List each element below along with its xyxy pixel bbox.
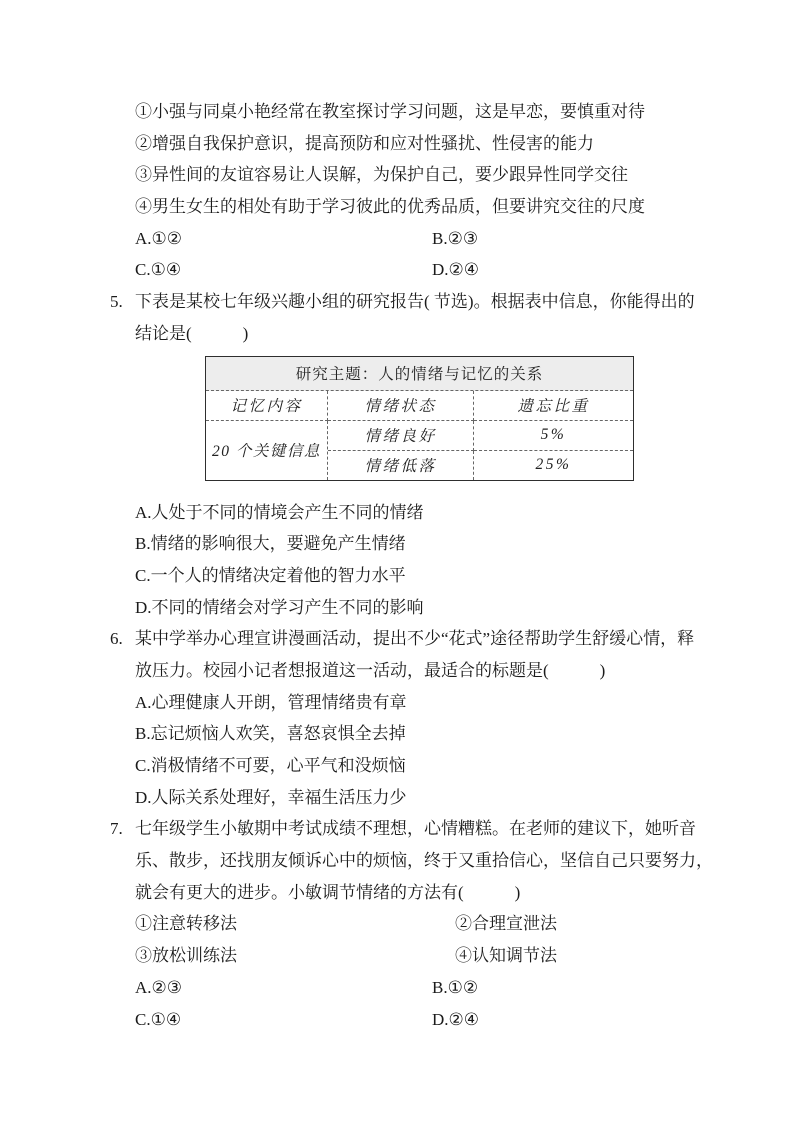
top-options-row-1: A.①② B.②③: [110, 223, 707, 255]
statement-4: ④男生女生的相处有助于学习彼此的优秀品质，但要讲究交往的尺度: [110, 191, 707, 223]
question-7-line-3: 就会有更大的进步。小敏调节情绪的方法有( ): [110, 877, 707, 909]
question-5-line-2: 结论是( ): [110, 318, 707, 350]
question-7-options-row-2: C.①④ D.②④: [110, 1004, 707, 1036]
question-6-option-b: B.忘记烦恼人欢笑，喜怒哀惧全去掉: [110, 718, 707, 750]
question-7-items-row-2: ③放松训练法 ④认知调节法: [110, 940, 707, 972]
question-5-option-d: D.不同的情绪会对学习产生不同的影响: [110, 592, 707, 624]
exam-content: ①小强与同桌小艳经常在教室探讨学习问题，这是早恋，要慎重对待 ②增强自我保护意识…: [0, 0, 793, 1035]
table-cell-row-label: 20 个关键信息: [206, 421, 328, 480]
question-6-line-2: 放压力。校园小记者想报道这一活动，最适合的标题是( ): [110, 655, 707, 687]
question-7-item-1: ①注意转移法: [135, 914, 237, 933]
table-header-row: 记忆内容 情绪状态 遗忘比重: [206, 391, 633, 421]
statement-1: ①小强与同桌小艳经常在教室探讨学习问题，这是早恋，要慎重对待: [110, 96, 707, 128]
table-cell-state-good: 情绪良好: [328, 421, 474, 451]
exam-page: ①小强与同桌小艳经常在教室探讨学习问题，这是早恋，要慎重对待 ②增强自我保护意识…: [0, 0, 793, 1122]
question-7-options-row-1: A.②③ B.①②: [110, 972, 707, 1004]
table-header-memory-content: 记忆内容: [206, 391, 328, 421]
top-options-row-2: C.①④ D.②④: [110, 254, 707, 286]
question-7-items-row-1: ①注意转移法 ②合理宣泄法: [110, 908, 707, 940]
research-report-table: 研究主题：人的情绪与记忆的关系 记忆内容 情绪状态 遗忘比重 20 个关键信息 …: [205, 356, 634, 481]
question-5-option-c: C.一个人的情绪决定着他的智力水平: [110, 560, 707, 592]
question-7-text-line-1: 七年级学生小敏期中考试成绩不理想，心情糟糕。在老师的建议下，她听音: [135, 819, 696, 838]
question-7-option-a: A.②③: [135, 978, 182, 997]
question-7-item-3: ③放松训练法: [135, 946, 237, 965]
question-7-line-2: 乐、散步，还找朋友倾诉心中的烦恼，终于又重拾信心，坚信自己只要努力，: [110, 845, 707, 877]
question-6-option-c: C.消极情绪不可要，心平气和没烦恼: [110, 750, 707, 782]
question-5-number: 5.: [110, 286, 123, 318]
top-option-b: B.②③: [432, 223, 478, 255]
question-5-option-a: A.人处于不同的情境会产生不同的情绪: [110, 497, 707, 529]
top-option-d: D.②④: [432, 254, 479, 286]
table-header-forget-ratio: 遗忘比重: [474, 391, 633, 421]
question-7-line-1: 7. 七年级学生小敏期中考试成绩不理想，心情糟糕。在老师的建议下，她听音: [110, 813, 707, 845]
question-5-option-b: B.情绪的影响很大，要避免产生情绪: [110, 528, 707, 560]
table-cell-ratio-low: 25%: [474, 451, 633, 480]
question-7-option-b: B.①②: [432, 972, 478, 1004]
top-option-a: A.①②: [135, 229, 182, 248]
table-header-emotion-state: 情绪状态: [328, 391, 474, 421]
question-7-number: 7.: [110, 813, 123, 845]
question-5-text-line-1: 下表是某校七年级兴趣小组的研究报告( 节选)。根据表中信息，你能得出的: [135, 292, 695, 311]
table-title: 研究主题：人的情绪与记忆的关系: [206, 357, 633, 391]
table-title-row: 研究主题：人的情绪与记忆的关系: [206, 357, 633, 391]
question-7-item-2: ②合理宣泄法: [455, 908, 557, 940]
question-5-line-1: 5. 下表是某校七年级兴趣小组的研究报告( 节选)。根据表中信息，你能得出的: [110, 286, 707, 318]
table-cell-ratio-good: 5%: [474, 421, 633, 451]
table-cell-state-low: 情绪低落: [328, 451, 474, 480]
question-6-number: 6.: [110, 623, 123, 655]
question-7-item-4: ④认知调节法: [455, 940, 557, 972]
question-6-line-1: 6. 某中学举办心理宣讲漫画活动，提出不少“花式”途径帮助学生舒缓心情，释: [110, 623, 707, 655]
top-option-c: C.①④: [135, 260, 181, 279]
question-6-option-d: D.人际关系处理好，幸福生活压力少: [110, 782, 707, 814]
question-6-option-a: A.心理健康人开朗，管理情绪贵有章: [110, 687, 707, 719]
question-7-option-d: D.②④: [432, 1004, 479, 1036]
statement-3: ③异性间的友谊容易让人误解，为保护自己，要少跟异性同学交往: [110, 159, 707, 191]
statement-2: ②增强自我保护意识，提高预防和应对性骚扰、性侵害的能力: [110, 128, 707, 160]
question-7-option-c: C.①④: [135, 1010, 181, 1029]
question-6-text-line-1: 某中学举办心理宣讲漫画活动，提出不少“花式”途径帮助学生舒缓心情，释: [135, 629, 694, 648]
table-row: 20 个关键信息 情绪良好 5%: [206, 421, 633, 451]
